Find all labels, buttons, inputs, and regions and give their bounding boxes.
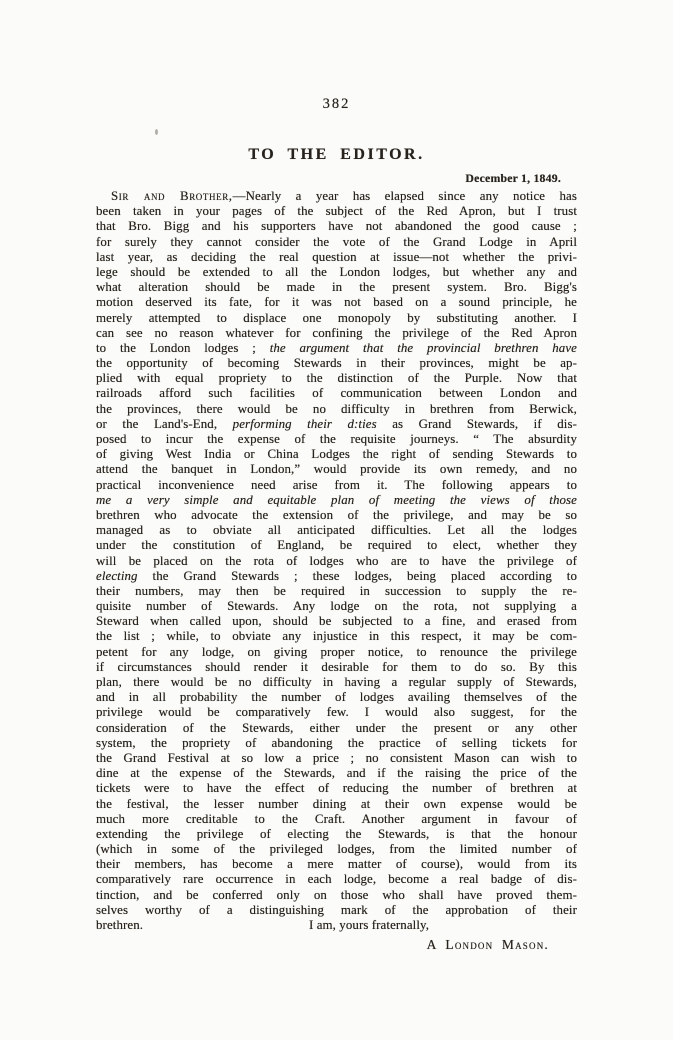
body-line: tickets were to have the effect of reduc… [96, 781, 577, 796]
body-line: dine at the expense of the Stewards, and… [96, 766, 577, 781]
letter-body: Sir and Brother,—Nearly a year has elaps… [96, 189, 577, 952]
body-line: been taken in your pages of the subject … [96, 204, 577, 219]
body-line: that Bro. Bigg and his supporters have n… [96, 219, 577, 234]
body-line: Steward when called upon, should be subj… [96, 614, 577, 629]
body-line: petent for any lodge, on giving proper n… [96, 645, 577, 660]
body-line: quisite number of Stewards. Any lodge on… [96, 599, 577, 614]
letter-heading: TO THE EDITOR. [0, 146, 673, 164]
body-line: practical inconvenience need arise from … [96, 478, 577, 493]
body-line: to the London lodges ; the argument that… [96, 341, 577, 356]
letter-date: December 1, 1849. [96, 171, 577, 186]
body-line: the opportunity of becoming Stewards in … [96, 356, 577, 371]
body-line: brethren who advocate the extension of t… [96, 508, 577, 523]
salutation: Sir and Brother, [111, 189, 233, 203]
body-line: merely attempted to displace one monopol… [96, 311, 577, 326]
body-line: their members, has become a mere matter … [96, 857, 577, 872]
valediction: I am, yours fraternally, [309, 918, 429, 933]
page-number: 382 [0, 96, 673, 113]
body-line: selves worthy of a distinguishing mark o… [96, 903, 577, 918]
first-line-text: —Nearly a year has elapsed since any not… [233, 189, 577, 203]
body-line: lege should be extended to all the Londo… [96, 265, 577, 280]
body-line: will be placed on the rota of lodges who… [96, 554, 577, 569]
body-line: if circumstances should render it desira… [96, 660, 577, 675]
closing-left: brethren. [96, 918, 143, 932]
body-line: plied with equal propriety to the distin… [96, 371, 577, 386]
body-line: consideration of the Stewards, either un… [96, 721, 577, 736]
body-line: comparatively rare occurrence in each lo… [96, 872, 577, 887]
body-line: privilege would be comparatively few. I … [96, 705, 577, 720]
body-line: the Grand Festival at so low a price ; n… [96, 751, 577, 766]
body-line: me a very simple and equitable plan of m… [96, 493, 577, 508]
body-line: system, the propriety of abandoning the … [96, 736, 577, 751]
body-line: the festival, the lesser number dining a… [96, 797, 577, 812]
body-line: managed as to obviate all anticipated di… [96, 523, 577, 538]
closing-line: brethren. I am, yours fraternally, [96, 918, 577, 933]
body-line: posed to incur the expense of the requis… [96, 432, 577, 447]
body-line: and in all probability the number of lod… [96, 690, 577, 705]
body-line: tinction, and be conferred only on those… [96, 888, 577, 903]
body-line: or the Land's-End, performing their d:ti… [96, 417, 577, 432]
body-lines: been taken in your pages of the subject … [96, 204, 577, 918]
body-line: plan, there would be no difficulty in ha… [96, 675, 577, 690]
body-line: extending the privilege of electing the … [96, 827, 577, 842]
body-line: railroads afford such facilities of comm… [96, 386, 577, 401]
signature: A London Mason. [96, 937, 577, 952]
body-line: for surely they cannot consider the vote… [96, 235, 577, 250]
body-line: under the constitution of England, be re… [96, 538, 577, 553]
scan-speck [155, 129, 158, 135]
body-line: (which in some of the privileged lodges,… [96, 842, 577, 857]
body-line: the provinces, there would be no difficu… [96, 402, 577, 417]
body-line: of giving West India or China Lodges the… [96, 447, 577, 462]
body-line: can see no reason whatever for confining… [96, 326, 577, 341]
body-line: electing the Grand Stewards ; these lodg… [96, 569, 577, 584]
body-line: last year, as deciding the real question… [96, 250, 577, 265]
body-line: motion deserved its fate, for it was not… [96, 295, 577, 310]
body-line: much more creditable to the Craft. Anoth… [96, 812, 577, 827]
document-page: 382 TO THE EDITOR. December 1, 1849. Sir… [0, 0, 673, 1040]
body-line: what alteration should be made in the pr… [96, 280, 577, 295]
body-line: attend the banquet in London,” would pro… [96, 462, 577, 477]
body-first-line: Sir and Brother,—Nearly a year has elaps… [96, 189, 577, 204]
body-line: the list ; while, to obviate any injusti… [96, 629, 577, 644]
body-line: their numbers, may then be required in s… [96, 584, 577, 599]
